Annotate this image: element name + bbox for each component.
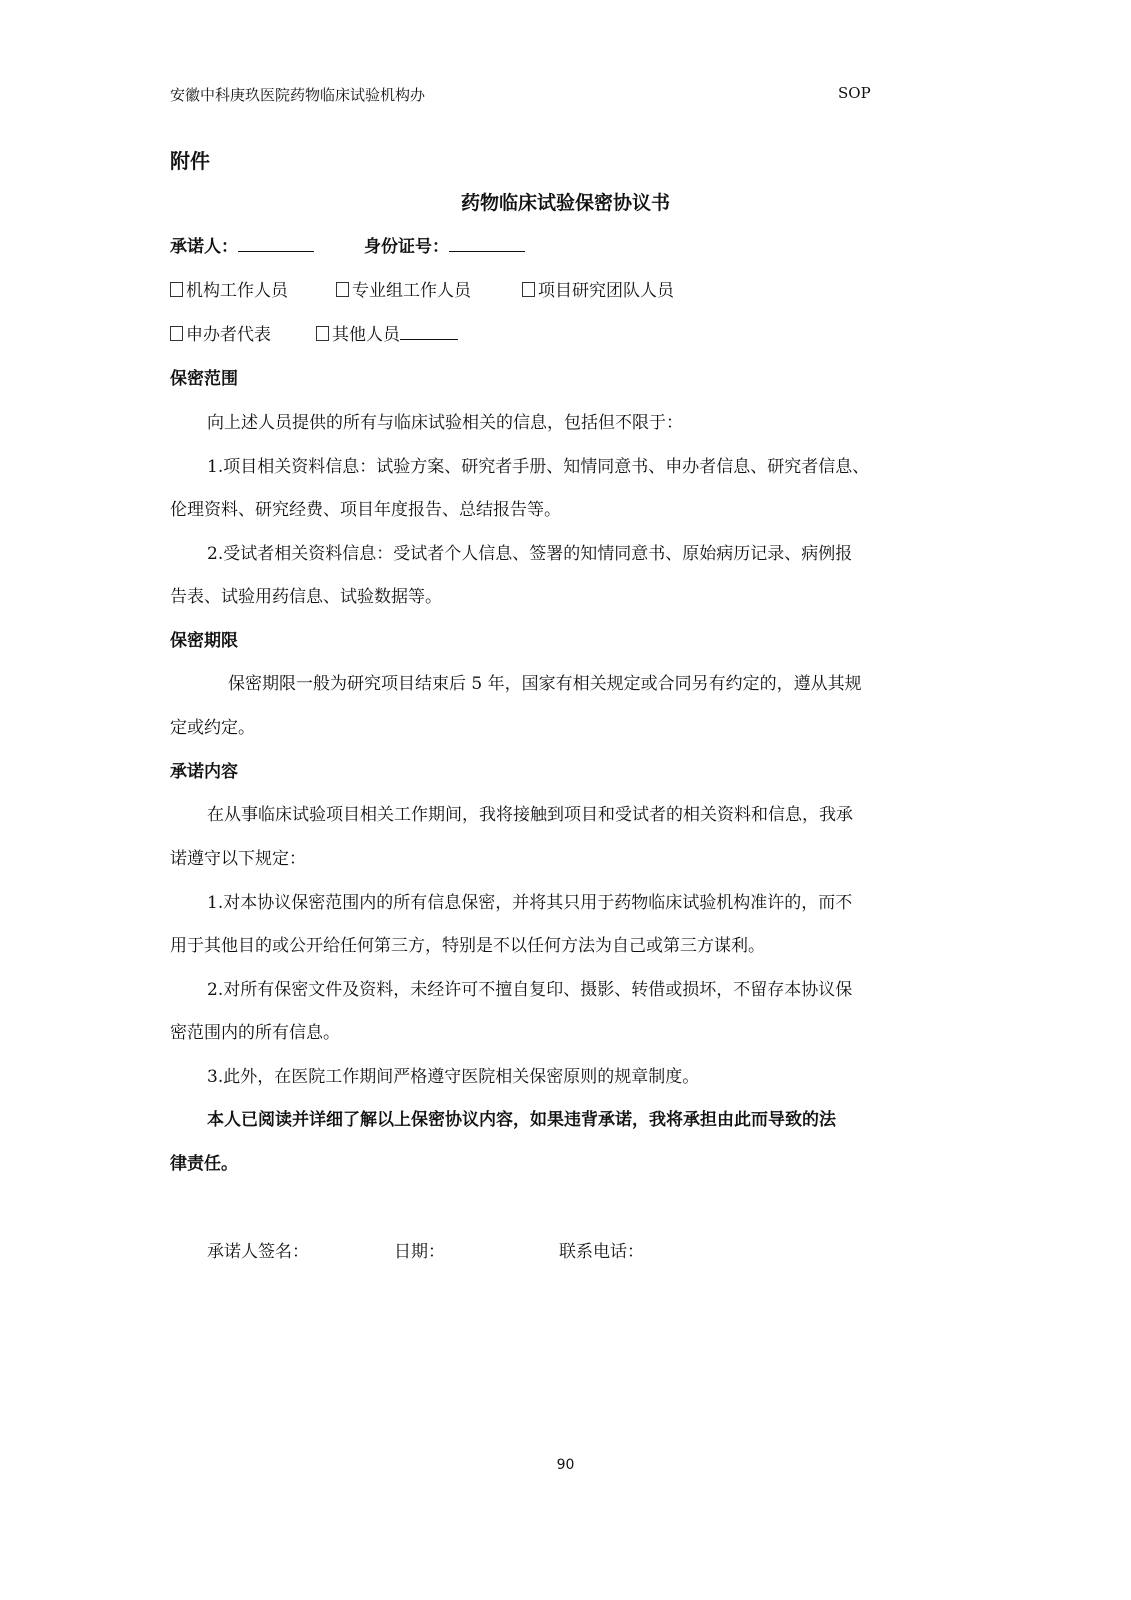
- commitment-item-2-line-1: 2.对所有保密文件及资料，未经许可不擅自复印、摄影、转借或损坏，不留存本协议保: [207, 975, 852, 1000]
- scope-item-1-line-1: 1.项目相关资料信息：试验方案、研究者手册、知情同意书、申办者信息、研究者信息、: [207, 452, 869, 477]
- promisor-label: 承诺人：: [170, 237, 238, 257]
- checkbox-icon[interactable]: [336, 282, 349, 297]
- role-option-specialty-group-staff[interactable]: 专业组工作人员: [336, 276, 471, 301]
- phone-label: 联系电话：: [559, 1237, 644, 1262]
- other-role-blank[interactable]: [400, 338, 458, 340]
- declaration-line-2: 律责任。: [170, 1149, 238, 1174]
- checkbox-icon[interactable]: [316, 326, 329, 341]
- commitment-intro-line-1: 在从事临床试验项目相关工作期间，我将接触到项目和受试者的相关资料和信息，我承: [207, 800, 853, 825]
- section-heading-commitment: 承诺内容: [170, 757, 238, 782]
- term-line-2: 定或约定。: [170, 713, 255, 738]
- scope-intro: 向上述人员提供的所有与临床试验相关的信息，包括但不限于：: [207, 408, 683, 433]
- promisor-blank[interactable]: [238, 250, 314, 252]
- commitment-item-3: 3.此外，在医院工作期间严格遵守医院相关保密原则的规章制度。: [207, 1062, 699, 1087]
- attachment-label: 附件: [170, 145, 210, 174]
- commitment-item-1-line-1: 1.对本协议保密范围内的所有信息保密，并将其只用于药物临床试验机构准许的，而不: [207, 888, 852, 913]
- role-option-institution-staff[interactable]: 机构工作人员: [170, 276, 288, 301]
- header-organization: 安徽中科庚玖医院药物临床试验机构办: [170, 84, 425, 105]
- checkbox-icon[interactable]: [522, 282, 535, 297]
- commitment-item-1-line-2: 用于其他目的或公开给任何第三方，特别是不以任何方法为自己或第三方谋利。: [170, 931, 765, 956]
- section-heading-term: 保密期限: [170, 626, 238, 651]
- commitment-item-2-line-2: 密范围内的所有信息。: [170, 1018, 340, 1043]
- scope-item-2-line-1: 2.受试者相关资料信息：受试者个人信息、签署的知情同意书、原始病历记录、病例报: [207, 539, 852, 564]
- id-number-label: 身份证号：: [364, 237, 449, 257]
- role-options-row-1: 机构工作人员: [170, 276, 288, 301]
- role-option-research-team[interactable]: 项目研究团队人员: [522, 276, 674, 301]
- commitment-intro-line-2: 诺遵守以下规定：: [170, 844, 306, 869]
- section-heading-scope: 保密范围: [170, 364, 238, 389]
- role-option-sponsor-rep[interactable]: 申办者代表: [170, 320, 271, 345]
- scope-item-2-line-2: 告表、试验用药信息、试验数据等。: [170, 582, 442, 607]
- id-number-field: 身份证号：: [364, 232, 525, 257]
- checkbox-icon[interactable]: [170, 282, 183, 297]
- term-line-1: 保密期限一般为研究项目结束后 5 年，国家有相关规定或合同另有约定的，遵从其规: [228, 669, 862, 694]
- signature-label: 承诺人签名：: [207, 1237, 309, 1262]
- scope-item-1-line-2: 伦理资料、研究经费、项目年度报告、总结报告等。: [170, 495, 561, 520]
- checkbox-icon[interactable]: [170, 326, 183, 341]
- date-label: 日期：: [394, 1237, 445, 1262]
- id-number-blank[interactable]: [449, 250, 525, 252]
- document-title: 药物临床试验保密协议书: [0, 188, 1131, 215]
- promisor-field: 承诺人：: [170, 232, 314, 257]
- role-option-other[interactable]: 其他人员: [316, 320, 458, 345]
- declaration-line-1: 本人已阅读并详细了解以上保密协议内容，如果违背承诺，我将承担由此而导致的法: [207, 1105, 836, 1130]
- header-doc-type: SOP: [838, 84, 871, 102]
- page-number: 90: [0, 1457, 1131, 1473]
